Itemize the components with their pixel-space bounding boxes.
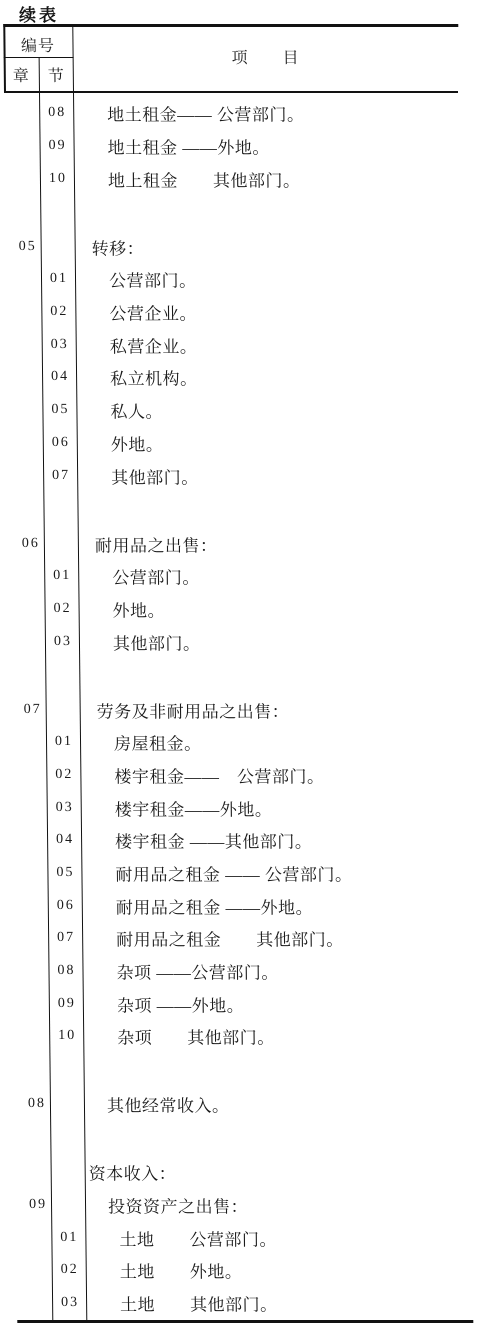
item-label: 公营部门。 (112, 564, 200, 589)
section-number-cell: 10 (52, 1028, 82, 1044)
table-row: 05转移： (2, 230, 492, 263)
table-row: 02外地。 (6, 593, 492, 626)
section-number-cell: 03 (45, 337, 75, 353)
table-row: 07劳务及非耐用品之出售： (8, 693, 492, 726)
item-label: 耐用品之租金 ——外地。 (116, 893, 314, 918)
section-number-cell: 06 (46, 435, 76, 451)
table-row: 05耐用品之租金 —— 公营部门。 (9, 857, 492, 890)
item-label: 劳务及非耐用品之出售： (97, 697, 290, 722)
item-label: 土地 其他部门。 (120, 1291, 278, 1316)
section-number-cell: 05 (50, 865, 80, 881)
table-row: 06耐用品之出售： (6, 527, 492, 560)
section-number-cell: 03 (50, 800, 80, 816)
item-label: 耐用品之租金 其他部门。 (116, 926, 344, 951)
item-label: 土地 外地。 (120, 1258, 243, 1283)
section-number-cell: 02 (55, 1262, 85, 1278)
table-row: 07耐用品之租金 其他部门。 (10, 922, 492, 955)
section-number-cell: 04 (50, 832, 80, 848)
table-row: 01土地 公营部门。 (13, 1221, 492, 1254)
classification-table: 编号 章 节 项 目 08地土租金—— 公营部门。09地土租金 ——外地。10地… (0, 0, 492, 1332)
header-section: 节 (40, 63, 73, 86)
item-label: 私营企业。 (110, 332, 198, 357)
header-item: 项 目 (72, 45, 458, 68)
table-row: 08其他经常收入。 (12, 1088, 492, 1121)
item-label: 公营企业。 (109, 300, 197, 325)
section-number-cell: 07 (51, 930, 81, 946)
item-label: 土地 公营部门。 (119, 1225, 277, 1250)
table-rows: 08地土租金—— 公营部门。09地土租金 ——外地。10地上租金 其他部门。05… (1, 93, 492, 1319)
item-label: 楼宇租金——外地。 (115, 795, 273, 820)
table-row: 03私营企业。 (4, 328, 492, 361)
table-row: 01公营部门。 (3, 263, 492, 296)
table-row: 09地土租金 ——外地。 (1, 130, 492, 163)
table-border-bottom (17, 1320, 473, 1323)
section-number-cell: 01 (54, 1230, 84, 1246)
table-row: 08杂项 ——公营部门。 (10, 955, 492, 988)
item-label: 投资资产之出售： (108, 1193, 248, 1218)
table-row: 03其他部门。 (7, 625, 492, 658)
section-number-cell: 07 (46, 468, 76, 484)
scanned-document-page: 续表 编号 章 节 项 目 08地土租金—— 公营部门。09地土租金 ——外地。… (0, 0, 492, 1332)
section-number-cell: 01 (44, 271, 74, 287)
section-number-cell: 08 (51, 963, 81, 979)
item-label: 地土租金—— 公营部门。 (107, 101, 305, 126)
item-label: 耐用品之租金 —— 公营部门。 (115, 860, 352, 885)
section-number-cell: 10 (43, 171, 73, 187)
item-label: 资本收入： (89, 1160, 177, 1185)
item-label: 杂项 其他部门。 (117, 1024, 275, 1049)
chapter-number-cell: 07 (18, 702, 48, 718)
item-label: 其他部门。 (113, 629, 201, 654)
table-row: 01公营部门。 (6, 560, 492, 593)
section-number-cell: 08 (42, 105, 72, 121)
chapter-number-cell: 08 (22, 1096, 52, 1112)
table-row: 08地土租金—— 公营部门。 (1, 97, 492, 130)
table-row: 02楼宇租金—— 公营部门。 (8, 759, 492, 792)
section-number-cell: 03 (55, 1295, 85, 1311)
table-row: 02土地 外地。 (14, 1254, 492, 1287)
section-number-cell: 02 (48, 601, 78, 617)
chapter-number-cell: 09 (23, 1197, 53, 1213)
table-row: 04私立机构。 (4, 361, 492, 394)
section-number-cell: 01 (47, 568, 77, 584)
item-label: 耐用品之出售： (95, 531, 218, 556)
table-row: 10杂项 其他部门。 (11, 1020, 492, 1053)
table-row: 02公营企业。 (3, 296, 492, 329)
item-label: 楼宇租金 ——其他部门。 (115, 828, 313, 853)
chapter-number-cell: 05 (13, 239, 43, 255)
item-label: 私立机构。 (110, 365, 198, 390)
section-number-cell: 09 (42, 138, 72, 154)
chapter-number-cell: 06 (16, 536, 46, 552)
item-label: 杂项 ——公营部门。 (116, 959, 279, 984)
section-number-cell: 09 (52, 996, 82, 1012)
section-number-cell: 06 (51, 898, 81, 914)
section-number-cell: 04 (45, 369, 75, 385)
table-row: 09杂项 ——外地。 (11, 987, 492, 1020)
item-label: 其他经常收入。 (107, 1092, 230, 1117)
header-chapter: 章 (4, 63, 39, 86)
item-label: 地上租金 其他部门。 (108, 166, 301, 191)
item-label: 楼宇租金—— 公营部门。 (114, 762, 324, 787)
item-label: 地土租金 ——外地。 (107, 134, 270, 159)
table-row: 09投资资产之出售： (13, 1189, 492, 1222)
table-row: 06耐用品之租金 ——外地。 (10, 889, 492, 922)
header-number-group: 编号 (3, 33, 72, 56)
item-label: 外地。 (112, 596, 165, 621)
section-number-cell: 05 (45, 402, 75, 418)
section-number-cell: 01 (49, 734, 79, 750)
item-label: 转移： (92, 234, 145, 259)
table-row: 04楼宇租金 ——其他部门。 (9, 824, 492, 857)
table-row: 10地上租金 其他部门。 (2, 162, 492, 195)
section-number-cell: 02 (49, 767, 79, 783)
item-label: 其他部门。 (111, 463, 199, 488)
table-row: 03土地 其他部门。 (14, 1287, 492, 1320)
table-row: 05私人。 (4, 394, 492, 427)
item-label: 公营部门。 (109, 267, 197, 292)
table-row: 资本收入： (13, 1156, 492, 1189)
table-row: 06外地。 (5, 426, 492, 459)
table-row: 01房屋租金。 (8, 726, 492, 759)
item-label: 外地。 (111, 430, 164, 455)
item-label: 房屋租金。 (114, 730, 202, 755)
table-row: 03楼宇租金——外地。 (9, 791, 492, 824)
item-label: 私人。 (110, 398, 163, 423)
table-row: 07其他部门。 (5, 459, 492, 492)
item-label: 杂项 ——外地。 (117, 991, 245, 1016)
section-number-cell: 02 (44, 304, 74, 320)
section-number-cell: 03 (48, 634, 78, 650)
